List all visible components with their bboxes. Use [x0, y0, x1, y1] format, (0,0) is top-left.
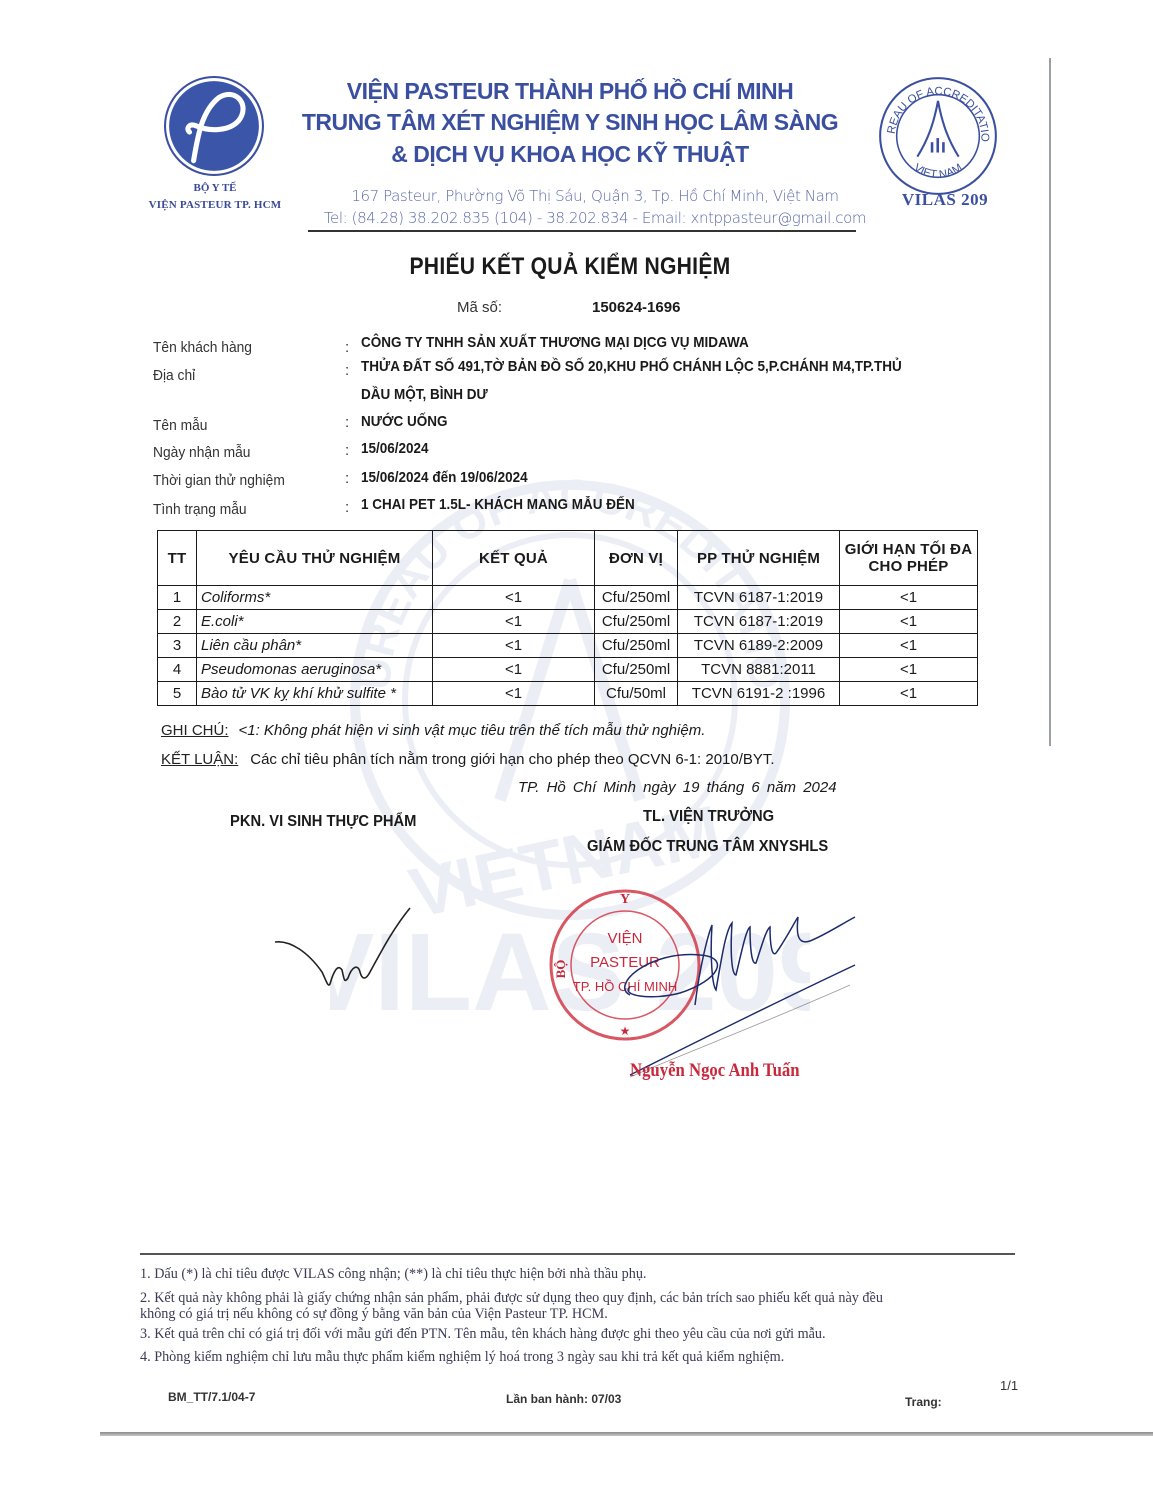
signer-name: Nguyễn Ngọc Anh Tuấn — [630, 1060, 800, 1082]
col-header-index: TT — [158, 531, 197, 586]
test-name: Pseudomonas aeruginosa* — [197, 658, 433, 682]
unit: Cfu/250ml — [595, 610, 678, 634]
svg-text:BỘ: BỘ — [553, 960, 568, 979]
note-label: GHI CHÚ: — [161, 722, 229, 739]
row-index: 1 — [158, 586, 197, 610]
footnote-4: 4. Phòng kiểm nghiệm chỉ lưu mẫu thực ph… — [140, 1349, 784, 1366]
result-value: <1 — [433, 682, 595, 706]
date-line: TP. Hồ Chí Minh ngày 19 tháng 6 năm 2024 — [518, 779, 837, 796]
customer-value: CÔNG TY TNHH SẢN XUẤT THƯƠNG MẠI DỊCG VỤ… — [361, 334, 749, 351]
row-index: 2 — [158, 610, 197, 634]
test-method: TCVN 6187-1:2019 — [678, 586, 840, 610]
unit: Cfu/50ml — [595, 682, 678, 706]
table-row: 5Bào tử VK kỵ khí khử sulfite *<1Cfu/50m… — [158, 682, 978, 706]
conclusion: KẾT LUẬN:Các chỉ tiêu phân tích nằm tron… — [161, 751, 775, 768]
unit: Cfu/250ml — [595, 658, 678, 682]
address-label: Địa chỉ — [153, 367, 195, 384]
test-method: TCVN 6191-2 :1996 — [678, 682, 840, 706]
test-period-value: 15/06/2024 đến 19/06/2024 — [361, 469, 528, 486]
unit: Cfu/250ml — [595, 634, 678, 658]
document-title: PHIẾU KẾT QUẢ KIỂM NGHIỆM — [385, 253, 755, 281]
footnote-2-cont: không có giá trị nếu không có sự đồng ý … — [140, 1306, 608, 1323]
received-date-value: 15/06/2024 — [361, 440, 429, 457]
center-name-cont: & DỊCH VỤ KHOA HỌC KỸ THUẬT — [290, 141, 850, 168]
institute-address: 167 Pasteur, Phường Võ Thị Sáu, Quận 3, … — [300, 187, 890, 205]
logo-caption-ministry: BỘ Y TẾ — [140, 182, 290, 194]
test-method: TCVN 8881:2011 — [678, 658, 840, 682]
test-name: E.coli* — [197, 610, 433, 634]
paper-edge-bottom — [100, 1432, 1153, 1436]
table-row: 2E.coli*<1Cfu/250mlTCVN 6187-1:2019<1 — [158, 610, 978, 634]
col-header-method: PP THỬ NGHIỆM — [678, 531, 840, 586]
row-index: 3 — [158, 634, 197, 658]
col-header-test: YÊU CẦU THỬ NGHIỆM — [197, 531, 433, 586]
unit: Cfu/250ml — [595, 586, 678, 610]
code-value: 150624-1696 — [592, 299, 680, 316]
institute-name: VIỆN PASTEUR THÀNH PHỐ HỒ CHÍ MINH — [290, 78, 850, 105]
department-label: PKN. VI SINH THỰC PHẨM — [230, 813, 416, 831]
logo-caption-institute: VIỆN PASTEUR TP. HCM — [138, 199, 292, 211]
results-table: TT YÊU CẦU THỬ NGHIỆM KẾT QUẢ ĐƠN VỊ PP … — [157, 530, 978, 706]
col-header-result: KẾT QUẢ — [433, 531, 595, 586]
sample-condition-label: Tình trạng mẫu — [153, 501, 247, 518]
sample-name-value: NƯỚC UỐNG — [361, 413, 447, 430]
signer-title: TL. VIỆN TRƯỞNG — [643, 808, 774, 826]
footnote-2: 2. Kết quả này không phải là giấy chứng … — [140, 1290, 883, 1307]
left-signature-icon — [270, 900, 430, 1010]
table-row: 4Pseudomonas aeruginosa*<1Cfu/250mlTCVN … — [158, 658, 978, 682]
svg-text:BUREAU OF ACCREDITATION: BUREAU OF ACCREDITATION — [876, 74, 990, 142]
code-label: Mã số: — [457, 299, 502, 316]
paper-edge-right — [1049, 58, 1051, 746]
center-name: TRUNG TÂM XÉT NGHIỆM Y SINH HỌC LÂM SÀNG — [290, 109, 850, 136]
max-limit: <1 — [840, 586, 978, 610]
colon: : — [345, 339, 349, 356]
test-method: TCVN 6189-2:2009 — [678, 634, 840, 658]
form-code: BM_TT/7.1/04-7 — [168, 1390, 255, 1404]
table-header-row: TT YÊU CẦU THỬ NGHIỆM KẾT QUẢ ĐƠN VỊ PP … — [158, 531, 978, 586]
footnote-1: 1. Dấu (*) là chỉ tiêu được VILAS công n… — [140, 1266, 646, 1283]
pasteur-logo-icon — [163, 75, 265, 177]
result-value: <1 — [433, 634, 595, 658]
received-date-label: Ngày nhận mẫu — [153, 444, 250, 461]
footnote-3: 3. Kết quả trên chỉ có giá trị đối với m… — [140, 1326, 826, 1343]
customer-label: Tên khách hàng — [153, 339, 252, 356]
vilas-label: VILAS 209 — [885, 190, 1005, 210]
address-value: THỬA ĐẤT SỐ 491,TỜ BẢN ĐỒ SỐ 20,KHU PHỐ … — [361, 358, 902, 375]
colon: : — [345, 414, 349, 431]
signer-position: GIÁM ĐỐC TRUNG TÂM XNYSHLS — [587, 838, 828, 856]
colon: : — [345, 442, 349, 459]
colon: : — [345, 470, 349, 487]
page-number: 1/1 — [1000, 1378, 1018, 1393]
max-limit: <1 — [840, 682, 978, 706]
max-limit: <1 — [840, 634, 978, 658]
sample-name-label: Tên mẫu — [153, 417, 207, 434]
result-value: <1 — [433, 610, 595, 634]
table-row: 1Coliforms*<1Cfu/250mlTCVN 6187-1:2019<1 — [158, 586, 978, 610]
page-label: Trang: — [905, 1395, 942, 1409]
test-name: Coliforms* — [197, 586, 433, 610]
max-limit: <1 — [840, 658, 978, 682]
institute-contact: Tel: (84.28) 38.202.835 (104) - 38.202.8… — [300, 209, 890, 227]
row-index: 5 — [158, 682, 197, 706]
footer-divider — [140, 1253, 1015, 1255]
note-text: <1: Không phát hiện vi sinh vật mục tiêu… — [239, 722, 706, 739]
svg-text:VIET NAM: VIET NAM — [911, 162, 964, 181]
row-index: 4 — [158, 658, 197, 682]
test-period-label: Thời gian thử nghiệm — [153, 472, 285, 489]
note: GHI CHÚ:<1: Không phát hiện vi sinh vật … — [161, 722, 705, 739]
col-header-unit: ĐƠN VỊ — [595, 531, 678, 586]
issue-version: Lần ban hành: 07/03 — [506, 1392, 621, 1406]
table-row: 3Liên cầu phân*<1Cfu/250mlTCVN 6189-2:20… — [158, 634, 978, 658]
test-name: Bào tử VK kỵ khí khử sulfite * — [197, 682, 433, 706]
conclusion-label: KẾT LUẬN: — [161, 751, 238, 768]
max-limit: <1 — [840, 610, 978, 634]
colon: : — [345, 499, 349, 516]
test-method: TCVN 6187-1:2019 — [678, 610, 840, 634]
test-name: Liên cầu phân* — [197, 634, 433, 658]
conclusion-text: Các chỉ tiêu phân tích nằm trong giới hạ… — [250, 751, 774, 768]
colon: : — [345, 362, 349, 379]
result-value: <1 — [433, 586, 595, 610]
address-value-cont: DẦU MỘT, BÌNH DƯ — [361, 386, 488, 403]
header-divider — [308, 230, 856, 232]
result-value: <1 — [433, 658, 595, 682]
sample-condition-value: 1 CHAI PET 1.5L- KHÁCH MANG MẪU ĐẾN — [361, 496, 635, 513]
col-header-limit: GIỚI HẠN TỐI ĐA CHO PHÉP — [840, 531, 978, 586]
accreditation-seal-icon: BUREAU OF ACCREDITATION VIET NAM — [876, 74, 1000, 198]
